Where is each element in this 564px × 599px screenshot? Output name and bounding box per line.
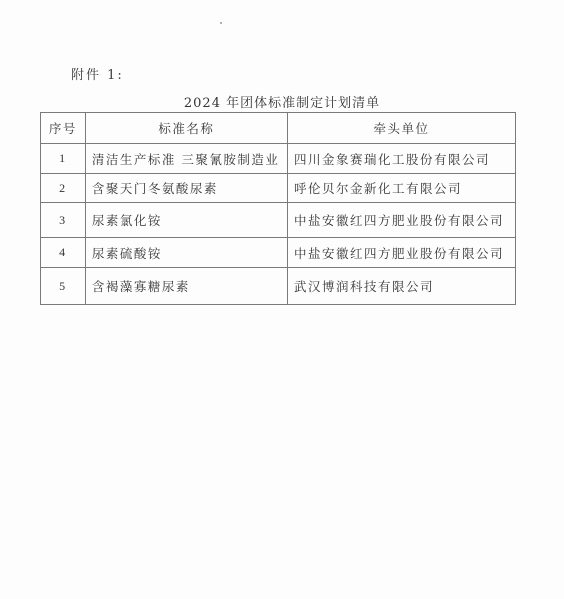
- header-standard-name: 标准名称: [85, 113, 287, 144]
- row-lead-unit: 中盐安徽红四方肥业股份有限公司: [287, 203, 515, 238]
- row-no: 4: [41, 238, 86, 268]
- row-no: 1: [41, 144, 86, 174]
- header-no: 序号: [41, 113, 86, 144]
- row-lead-unit: 武汉博润科技有限公司: [287, 268, 515, 305]
- table-row: 2 含聚天门冬氨酸尿素 呼伦贝尔金新化工有限公司: [41, 174, 516, 203]
- header-lead-unit: 牵头单位: [287, 113, 515, 144]
- row-standard-name: 含褐藻寡糖尿素: [85, 268, 287, 305]
- table-header-row: 序号 标准名称 牵头单位: [41, 113, 516, 144]
- row-no: 3: [41, 203, 86, 238]
- table-row: 4 尿素硫酸铵 中盐安徽红四方肥业股份有限公司: [41, 238, 516, 268]
- scan-speck: [220, 22, 222, 24]
- row-no: 2: [41, 174, 86, 203]
- row-standard-name: 尿素氯化铵: [85, 203, 287, 238]
- row-no: 5: [41, 268, 86, 305]
- document-title: 2024 年团体标准制定计划清单: [0, 92, 564, 111]
- standards-plan-table: 序号 标准名称 牵头单位 1 清洁生产标准 三聚氰胺制造业 四川金象赛瑞化工股份…: [40, 112, 516, 305]
- row-standard-name: 清洁生产标准 三聚氰胺制造业: [85, 144, 287, 174]
- table-row: 5 含褐藻寡糖尿素 武汉博润科技有限公司: [41, 268, 516, 305]
- table-row: 3 尿素氯化铵 中盐安徽红四方肥业股份有限公司: [41, 203, 516, 238]
- row-standard-name: 含聚天门冬氨酸尿素: [85, 174, 287, 203]
- attachment-label: 附件 1:: [71, 64, 124, 83]
- row-standard-name: 尿素硫酸铵: [85, 238, 287, 268]
- table-row: 1 清洁生产标准 三聚氰胺制造业 四川金象赛瑞化工股份有限公司: [41, 144, 516, 174]
- row-lead-unit: 中盐安徽红四方肥业股份有限公司: [287, 238, 515, 268]
- row-lead-unit: 呼伦贝尔金新化工有限公司: [287, 174, 515, 203]
- row-lead-unit: 四川金象赛瑞化工股份有限公司: [287, 144, 515, 174]
